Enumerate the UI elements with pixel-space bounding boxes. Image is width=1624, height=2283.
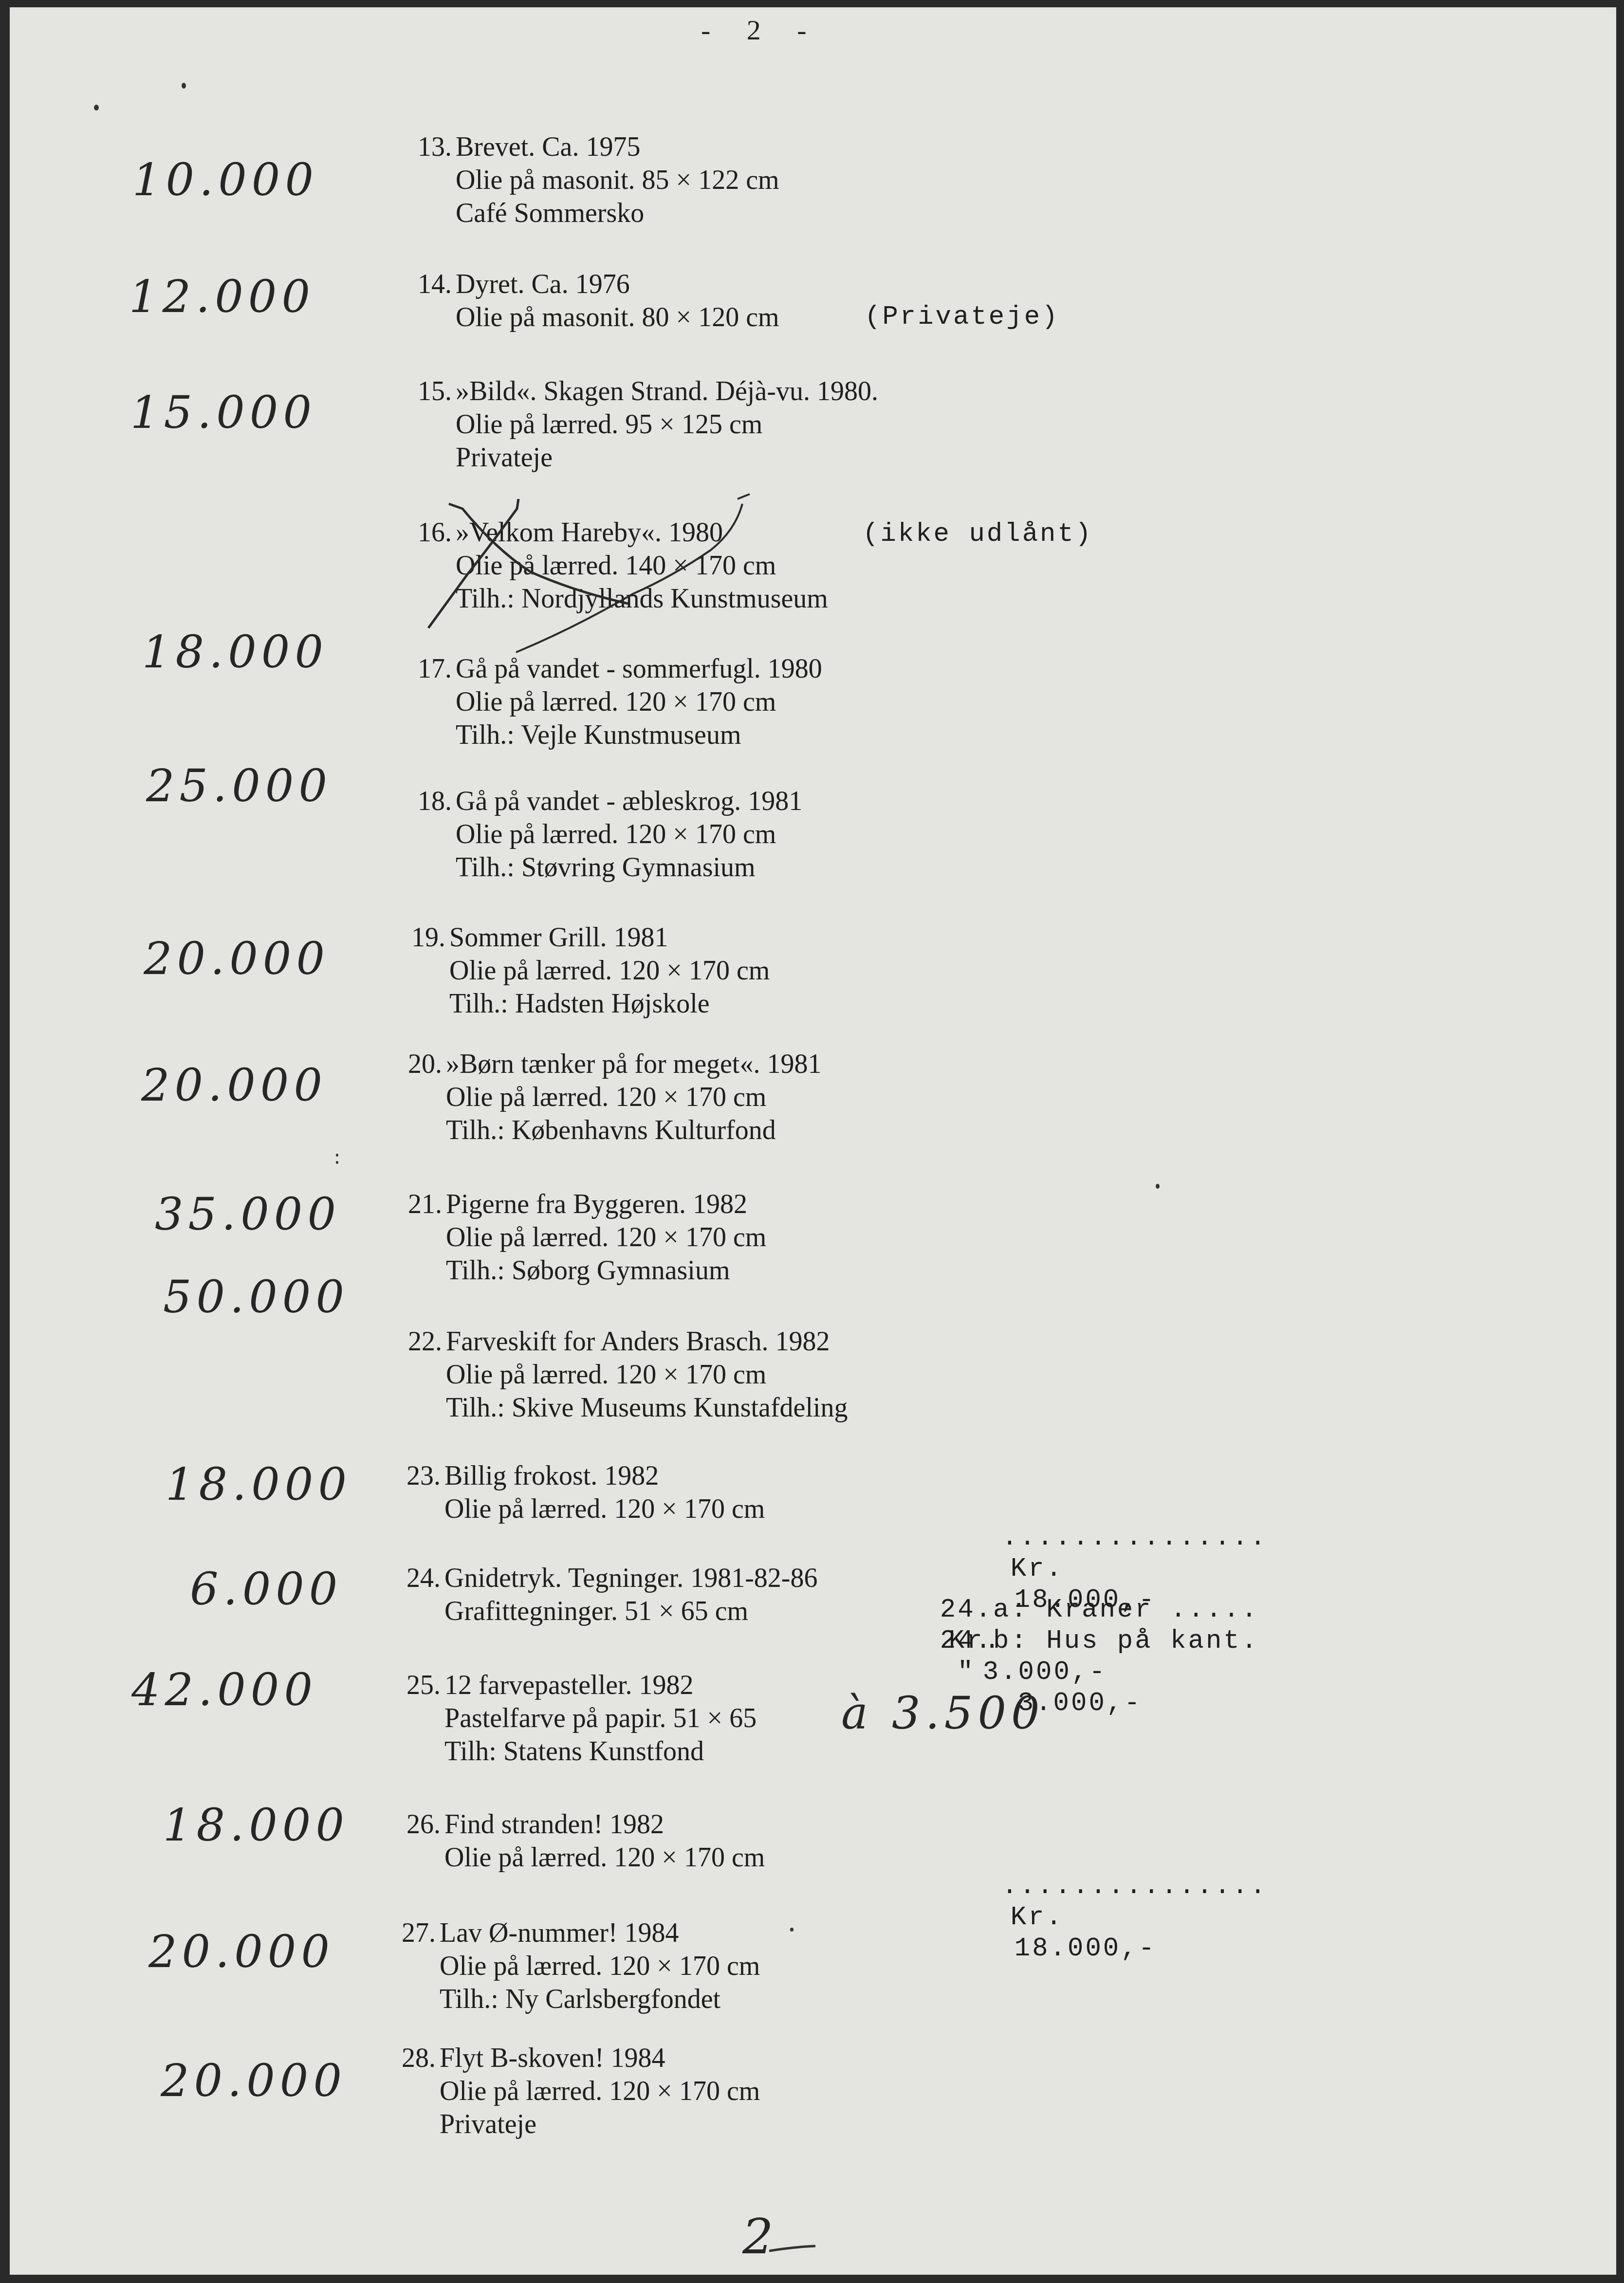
speck xyxy=(790,1928,794,1932)
handwritten-price: 20.000 xyxy=(141,1061,327,1110)
item-medium: Olie på lærred. 120 × 170 cm xyxy=(440,1950,760,1983)
handwritten-price: 20.000 xyxy=(148,1928,334,1976)
handwritten-price: 20.000 xyxy=(144,935,330,983)
item-owner: Tilh.: Nordjyllands Kunstmuseum xyxy=(456,582,828,615)
item-medium: Grafittegninger. 51 × 65 cm xyxy=(444,1595,748,1628)
handwritten-price: 18.000 xyxy=(163,1801,349,1850)
item-number: 15. xyxy=(418,375,452,408)
item-owner: Privateje xyxy=(440,2108,536,2141)
item-title: 12 farvepasteller. 1982 xyxy=(444,1669,694,1702)
price-leader-dots: ............... xyxy=(1002,1523,1268,1553)
handwritten-price: 15.000 xyxy=(130,388,316,437)
item-medium: Olie på lærred. 120 × 170 cm xyxy=(446,1221,766,1254)
handwritten-price: 18.000 xyxy=(142,628,328,677)
item-title: Brevet. Ca. 1975 xyxy=(456,130,640,164)
item-medium: Olie på lærred. 120 × 170 cm xyxy=(444,1841,765,1874)
item-title: Flyt B-skoven! 1984 xyxy=(440,2042,665,2075)
item-number: 17. xyxy=(418,652,452,685)
punch-mark xyxy=(182,83,186,89)
item-title: Gnidetryk. Tegninger. 1981-82-86 xyxy=(444,1562,817,1595)
item-number: 25. xyxy=(406,1669,441,1702)
item-number: 19. xyxy=(411,921,445,954)
item-medium: Olie på lærred. 120 × 170 cm xyxy=(446,1358,766,1391)
item-owner: Tilh.: Støvring Gymnasium xyxy=(456,851,756,884)
item-title: »Børn tænker på for meget«. 1981 xyxy=(446,1048,821,1081)
item-owner: Tilh: Statens Kunstfond xyxy=(444,1735,704,1768)
price-leader-dots: ............... xyxy=(1002,1872,1268,1901)
item-owner: Tilh.: Søborg Gymnasium xyxy=(446,1254,730,1287)
item-owner: Tilh.: Vejle Kunstmuseum xyxy=(456,718,741,752)
item-number: 21. xyxy=(408,1188,442,1221)
item-number: 13. xyxy=(418,130,452,164)
item-title: Find stranden! 1982 xyxy=(444,1808,664,1841)
handwritten-price: 42.000 xyxy=(131,1666,317,1714)
item-medium: Olie på lærred. 120 × 170 cm xyxy=(440,2075,760,2108)
item-medium: Pastelfarve på papir. 51 × 65 xyxy=(444,1702,757,1735)
item-owner: Tilh.: Ny Carlsbergfondet xyxy=(440,1983,720,2016)
item-owner: Privateje xyxy=(456,441,553,474)
page-number-header: - 2 - xyxy=(701,14,821,46)
item-title: »Velkom Hareby«. 1980 xyxy=(456,516,723,549)
punch-mark xyxy=(94,105,99,110)
handwritten-price: 12.000 xyxy=(129,273,315,321)
item-owner: Tilh.: Københavns Kulturfond xyxy=(446,1114,776,1147)
item-title: Gå på vandet - sommerfugl. 1980 xyxy=(456,652,822,685)
speck xyxy=(1156,1184,1160,1189)
item-medium: Olie på lærred. 120 × 170 cm xyxy=(456,818,776,851)
price-currency: Kr. xyxy=(1011,1903,1064,1933)
item-medium: Olie på lærred. 95 × 125 cm xyxy=(456,408,762,441)
item-title: »Bild«. Skagen Strand. Déjà-vu. 1980. xyxy=(456,375,878,408)
typed-price-26: ............... Kr. 18.000,- xyxy=(966,1840,1268,1965)
item-medium: Olie på masonit. 80 × 120 cm xyxy=(456,301,779,334)
handwritten-price: 35.000 xyxy=(155,1190,341,1239)
sub-item-ditto: " xyxy=(958,1657,975,1687)
handwritten-price: 10.000 xyxy=(132,156,318,204)
item-number: 27. xyxy=(402,1916,436,1950)
item-medium: Olie på lærred. 120 × 170 cm xyxy=(444,1492,765,1526)
item-number: 16. xyxy=(418,516,452,549)
handwritten-unit-price: à 3.500 xyxy=(841,1689,1044,1738)
item-number: 23. xyxy=(406,1459,441,1492)
handwritten-price: 6.000 xyxy=(190,1565,342,1614)
item-title: Farveskift for Anders Brasch. 1982 xyxy=(446,1325,830,1358)
speck xyxy=(336,1161,338,1164)
handwritten-price: 25.000 xyxy=(146,762,332,810)
price-amount: 18.000,- xyxy=(1015,1934,1156,1964)
item-medium: Olie på lærred. 140 × 170 cm xyxy=(456,549,776,582)
item-title: Dyret. Ca. 1976 xyxy=(456,268,630,301)
item-medium: Olie på lærred. 120 × 170 cm xyxy=(446,1081,766,1114)
item-number: 22. xyxy=(408,1325,442,1358)
handwritten-price: 20.000 xyxy=(161,2057,347,2105)
item-title: Gå på vandet - æbleskrog. 1981 xyxy=(456,785,802,818)
item-number: 26. xyxy=(406,1808,441,1841)
page-number-footer-handwritten: 2 xyxy=(742,2212,778,2261)
item-title: Billig frokost. 1982 xyxy=(444,1459,659,1492)
speck xyxy=(336,1154,338,1157)
item-number: 28. xyxy=(402,2042,436,2075)
item-owner: Tilh.: Skive Museums Kunstafdeling xyxy=(446,1391,848,1424)
handwritten-price: 18.000 xyxy=(166,1460,351,1509)
handwritten-price: 50.000 xyxy=(163,1273,349,1322)
item-number: 18. xyxy=(418,785,452,818)
item-title: Pigerne fra Byggeren. 1982 xyxy=(446,1188,747,1221)
sub-item-label: 24.b: Hus på kant. xyxy=(940,1626,1259,1656)
item-title: Sommer Grill. 1981 xyxy=(449,921,668,954)
item-title: Lav Ø-nummer! 1984 xyxy=(440,1916,679,1950)
item-medium: Olie på lærred. 120 × 170 cm xyxy=(449,954,770,987)
typed-note-ikke-udlaant: (ikke udlånt) xyxy=(863,519,1093,550)
item-owner: Tilh.: Hadsten Højskole xyxy=(449,987,710,1020)
typed-note-privateje: (Privateje) xyxy=(865,302,1059,333)
item-number: 20. xyxy=(408,1048,442,1081)
item-medium: Olie på masonit. 85 × 122 cm xyxy=(456,164,779,197)
item-owner: Café Sommersko xyxy=(456,197,644,230)
item-medium: Olie på lærred. 120 × 170 cm xyxy=(456,685,776,718)
item-number: 24. xyxy=(406,1562,441,1595)
item-number: 14. xyxy=(418,268,452,301)
